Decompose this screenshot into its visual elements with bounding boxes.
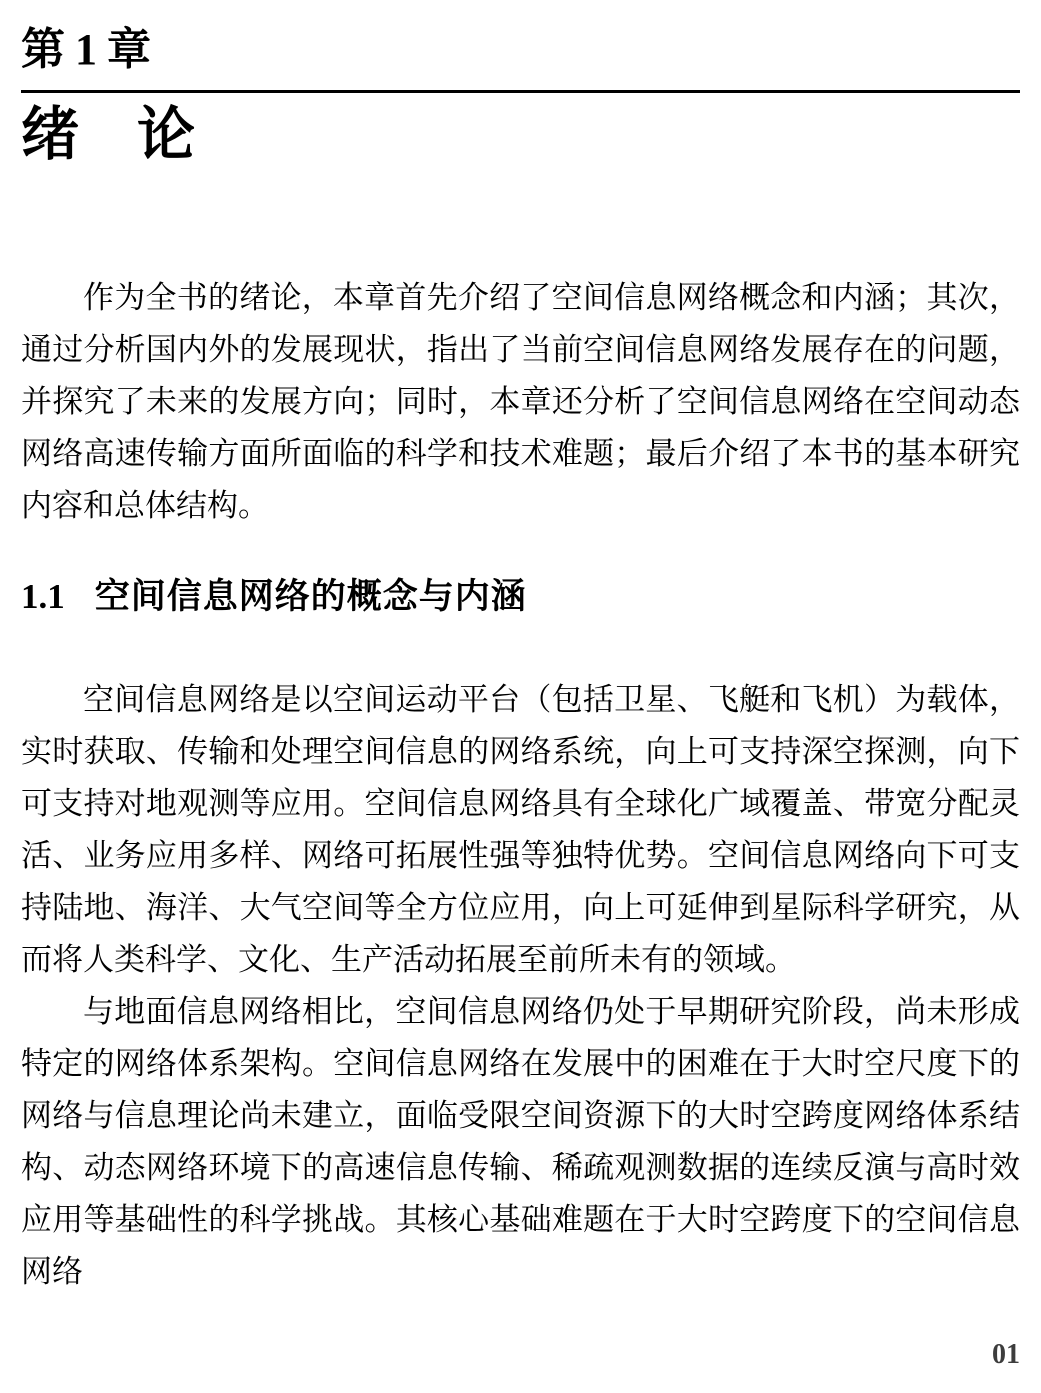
chapter-label-prefix: 第 <box>21 25 67 74</box>
chapter-divider-rule <box>21 90 1020 93</box>
book-page: 第1章 绪 论 作为全书的绪论，本章首先介绍了空间信息网络概念和内涵；其次，通过… <box>0 0 1041 1393</box>
section-heading: 1.1空间信息网络的概念与内涵 <box>21 576 1020 618</box>
chapter-header: 第1章 绪 论 <box>21 26 1020 172</box>
body-paragraph: 空间信息网络是以空间运动平台（包括卫星、飞艇和飞机）为载体，实时获取、传输和处理… <box>21 674 1020 986</box>
chapter-number: 1 <box>75 25 99 74</box>
chapter-abstract-paragraph: 作为全书的绪论，本章首先介绍了空间信息网络概念和内涵；其次，通过分析国内外的发展… <box>21 272 1020 532</box>
chapter-title: 绪 论 <box>21 99 1020 172</box>
section-title: 空间信息网络的概念与内涵 <box>95 577 527 616</box>
section-number: 1.1 <box>21 577 65 616</box>
chapter-label: 第1章 <box>21 26 1020 74</box>
chapter-label-suffix: 章 <box>107 25 153 74</box>
page-number: 01 <box>992 1339 1020 1371</box>
body-paragraph: 与地面信息网络相比，空间信息网络仍处于早期研究阶段，尚未形成特定的网络体系架构。… <box>21 986 1020 1298</box>
